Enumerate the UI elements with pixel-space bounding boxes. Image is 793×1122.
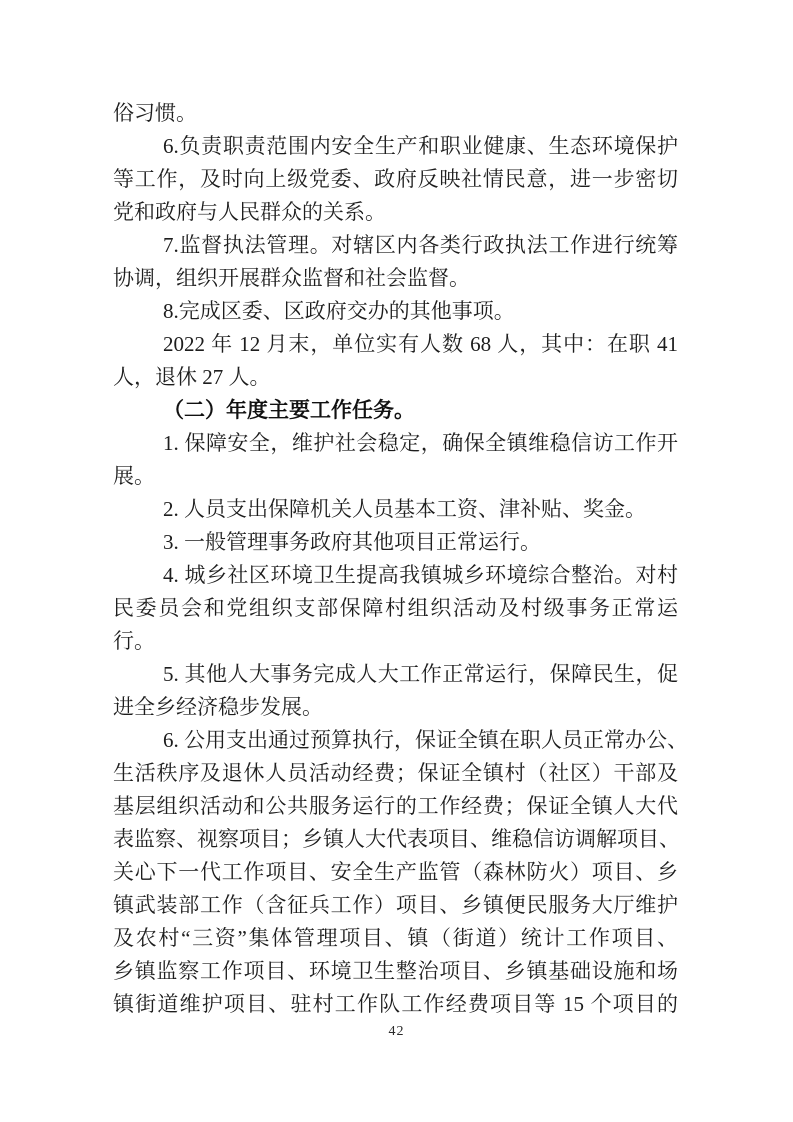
text-line: 镇武装部工作（含征兵工作）项目、乡镇便民服务大厅维护 — [113, 889, 678, 922]
text-line: 行。 — [113, 625, 678, 658]
document-body: 俗习惯。6.负责职责范围内安全生产和职业健康、生态环境保护等工作，及时向上级党委… — [113, 97, 678, 1021]
text-line: 1. 保障安全，维护社会稳定，确保全镇维稳信访工作开 — [113, 427, 678, 460]
text-line: 基层组织活动和公共服务运行的工作经费；保证全镇人大代 — [113, 790, 678, 823]
text-line: 民委员会和党组织支部保障村组织活动及村级事务正常运 — [113, 592, 678, 625]
text-line: 6.负责职责范围内安全生产和职业健康、生态环境保护 — [113, 130, 678, 163]
text-line: 关心下一代工作项目、安全生产监管（森林防火）项目、乡 — [113, 856, 678, 889]
text-line: 8.完成区委、区政府交办的其他事项。 — [113, 295, 678, 328]
text-line: 及农村“三资”集体管理项目、镇（街道）统计工作项目、 — [113, 922, 678, 955]
page-number: 42 — [389, 1024, 405, 1039]
text-line: 镇街道维护项目、驻村工作队工作经费项目等 15 个项目的 — [113, 988, 678, 1021]
text-line: 2. 人员支出保障机关人员基本工资、津补贴、奖金。 — [113, 493, 678, 526]
text-line: 2022 年 12 月末，单位实有人数 68 人，其中：在职 41 — [113, 328, 678, 361]
text-line: 4. 城乡社区环境卫生提高我镇城乡环境综合整治。对村 — [113, 559, 678, 592]
section-heading: （二）年度主要工作任务。 — [113, 394, 678, 427]
text-line: 表监察、视察项目；乡镇人大代表项目、维稳信访调解项目、 — [113, 823, 678, 856]
text-line: 俗习惯。 — [113, 97, 678, 130]
document-page: 俗习惯。6.负责职责范围内安全生产和职业健康、生态环境保护等工作，及时向上级党委… — [0, 0, 793, 1122]
text-line: 协调，组织开展群众监督和社会监督。 — [113, 262, 678, 295]
text-line: 党和政府与人民群众的关系。 — [113, 196, 678, 229]
text-line: 展。 — [113, 460, 678, 493]
text-line: 等工作，及时向上级党委、政府反映社情民意，进一步密切 — [113, 163, 678, 196]
text-line: 进全乡经济稳步发展。 — [113, 691, 678, 724]
text-line: 乡镇监察工作项目、环境卫生整治项目、乡镇基础设施和场 — [113, 955, 678, 988]
text-line: 3. 一般管理事务政府其他项目正常运行。 — [113, 526, 678, 559]
text-line: 人，退休 27 人。 — [113, 361, 678, 394]
page-footer: 42 — [0, 1022, 793, 1042]
text-line: 7.监督执法管理。对辖区内各类行政执法工作进行统筹 — [113, 229, 678, 262]
text-line: 生活秩序及退休人员活动经费；保证全镇村（社区）干部及 — [113, 757, 678, 790]
text-line: 6. 公用支出通过预算执行，保证全镇在职人员正常办公、 — [113, 724, 678, 757]
text-line: 5. 其他人大事务完成人大工作正常运行，保障民生，促 — [113, 658, 678, 691]
